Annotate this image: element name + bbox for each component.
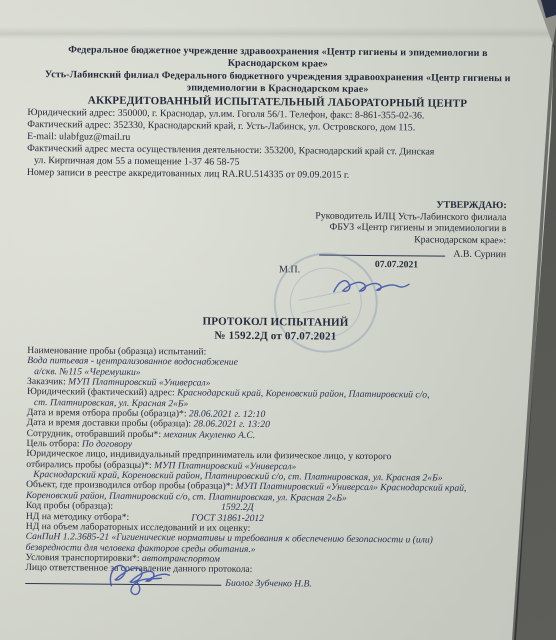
responsible-value: Биолог Зубченко Н.В. [225, 577, 312, 589]
legal-addr-value1: Краснодарский край, Кореновский район, П… [177, 388, 430, 401]
sampler-value: механик Акуленко А.С. [163, 429, 255, 441]
approver-name: А.В. Сурнин [453, 249, 506, 260]
document-paper: Федеральное бюджетное учреждение здравоо… [0, 0, 556, 640]
paper-crease [0, 27, 556, 39]
approver-signature-row: А.В. Сурнин [206, 245, 506, 261]
responsible-signature-line [25, 575, 221, 586]
protocol-title-block: ПРОТОКОЛ ИСПЫТАНИЙ № 1592.2Д от 07.07.20… [25, 314, 525, 345]
protocol-body: Наименование пробы (образца) испытаний: … [25, 346, 513, 591]
document-photo: Федеральное бюджетное учреждение здравоо… [0, 0, 556, 640]
document-content: Федеральное бюджетное учреждение здравоо… [23, 44, 528, 638]
approval-block: УТВЕРЖДАЮ: Руководитель ИЛЦ Усть-Лабинск… [206, 198, 507, 272]
